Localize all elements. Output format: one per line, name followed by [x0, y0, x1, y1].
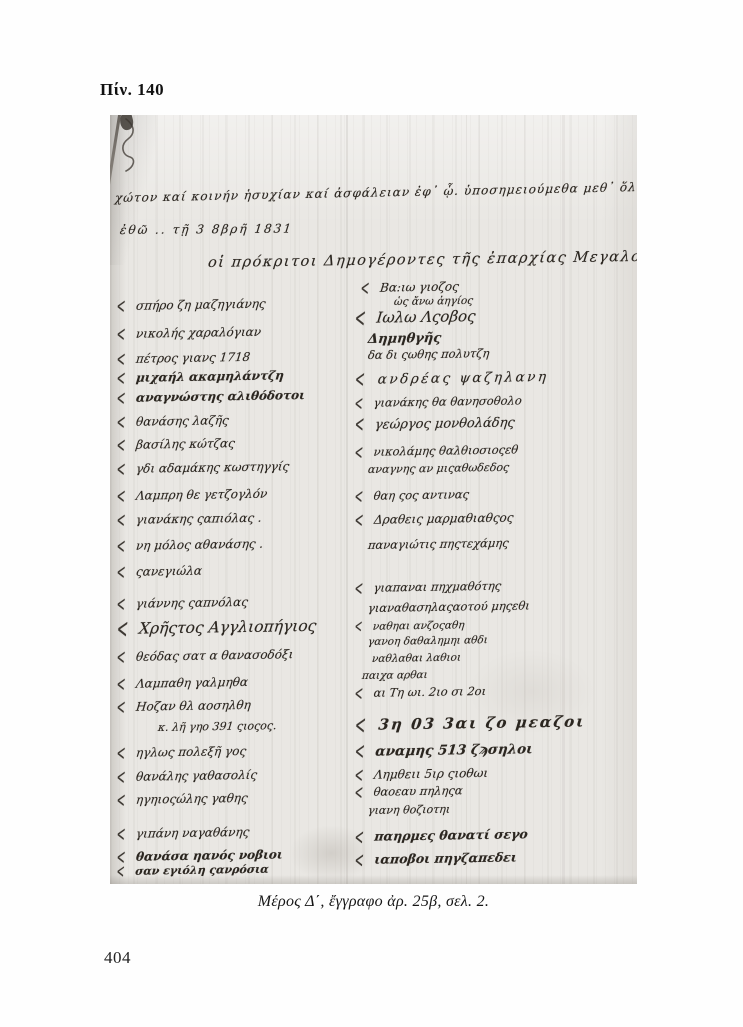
signature-line-text: γιανάκης ςαπιόλας .: [135, 511, 262, 527]
manuscript-photo: χώτον καί κοινήν ἡσυχίαν καί ἀσφάλειαν ἐ…: [110, 115, 637, 884]
check-mark-icon: <: [115, 672, 126, 697]
signature-line: δα δι ςωθης πολυτζη: [367, 346, 490, 362]
signature-line: <Λαμπαθη γαλμηθα: [115, 675, 249, 691]
signature-line-text: θανάλης γαθασολίς: [135, 768, 258, 784]
signature-line: <Λαμπρη θε γετζογλόν: [115, 487, 268, 503]
header-line-text: οἱ πρόκριτοι Δημογέροντες τῆς ἐπαρχίας Μ…: [207, 248, 637, 271]
signature-line: <θανάλης γαθασολίς: [115, 768, 258, 784]
signature-line-text: βασίλης κώτζας: [135, 436, 235, 452]
signature-line: <παηρμες θανατί σεγο: [353, 826, 528, 844]
signature-line-text: γιπάνη ναγαθάνης: [135, 825, 250, 841]
signature-line-text: θανάσης λαζῆς: [135, 413, 229, 428]
signature-line: ὡς ἄνω ἀηγίος: [393, 295, 473, 308]
signature-line: <σαν εγιόλη ςανρόσια: [115, 863, 269, 878]
check-mark-icon: <: [115, 457, 126, 482]
signature-line-text: ὡς ἄνω ἀηγίος: [393, 295, 473, 308]
signature-line: <Ιωλω Λςοβος: [353, 307, 477, 327]
signature-line: <γιπάνη ναγαθάνης: [115, 825, 250, 841]
check-mark-icon: <: [115, 508, 126, 533]
signature-line: <νικολάμης θαλθιοσιοςεθ: [353, 442, 519, 459]
signature-line: <θαη ςος αντινας: [353, 487, 470, 503]
signature-line-text: Λαμπρη θε γετζογλόν: [135, 487, 268, 503]
signature-line-text: ναθλαθαι λαθιοι: [371, 652, 461, 665]
book-page: Πίν. 140 χώτον καί κοινήν ἡσυχίαν καί ἀσ…: [0, 0, 743, 1027]
signature-line: ναθλαθαι λαθιοι: [371, 652, 461, 665]
signature-line-text: θανάσα ηανός νοβιοι: [135, 847, 283, 863]
signature-line: <3η 03 3αι ζο μεαζοι: [353, 712, 587, 734]
caption: Μέρος Δ΄, ἔγγραφο ἀρ. 25β, σελ. 2.: [110, 893, 637, 911]
signature-line: <ηγηιοςώλης γαθης: [115, 791, 248, 807]
signature-line-text: Βα:ιω γιοζος: [379, 279, 459, 294]
signature-line: <νη μόλος αθανάσης .: [115, 537, 264, 553]
check-mark-icon: <: [115, 386, 126, 411]
signature-line: <βασίλης κώτζας: [115, 436, 235, 452]
signature-line: <θαοεαυ πηληςα: [353, 783, 463, 799]
signature-line-text: γιανη θοζιοτηι: [367, 803, 451, 817]
signature-line-text: ηγλως πολεξῆ γος: [135, 744, 247, 760]
check-mark-icon: <: [115, 560, 126, 585]
signature-line-text: ναθηαι ανζοςαθη: [372, 619, 465, 632]
signature-line: <σπήρο ζη μαζηγιάνης: [115, 297, 266, 313]
signature-line: παιχα αρθαι: [361, 669, 428, 682]
pen-flourish-icon: [112, 117, 146, 173]
signature-line: <Δραθεις μαρμαθιαθςος: [353, 510, 514, 527]
signature-line-text: κ. λῆ γηο 391 ςιοςος.: [157, 719, 277, 734]
check-mark-icon: <: [359, 276, 370, 301]
signature-line: <ναθηαι ανζοςαθη: [353, 619, 465, 633]
check-mark-icon: <: [115, 410, 126, 435]
signature-line-text: Χρῆςτος Αγγλιοπήγιος: [138, 617, 317, 638]
signature-line: <γεώργος μονθολάδης: [353, 415, 515, 433]
signature-line-text: μιχαήλ ακαμηλάντζη: [135, 368, 284, 384]
check-mark-icon: <: [115, 322, 126, 347]
signature-line: <ηγλως πολεξῆ γος: [115, 744, 247, 760]
signature-line-text: αι Τη ωι. 2ιο σι 2οι: [373, 684, 487, 700]
check-mark-icon: <: [115, 294, 126, 319]
signature-line-text: γιάννης ςαπνόλας: [135, 595, 248, 611]
signature-line-text: γεώργος μονθολάδης: [374, 415, 515, 432]
signature-line: <Βα:ιω γιοζος: [359, 279, 459, 295]
date-line: ἐθῶ .. τῇ 3 8βρῆ 1831: [119, 221, 294, 237]
check-mark-icon: <: [353, 412, 365, 438]
signature-line: <θανάσα ηανός νοβιοι: [115, 847, 283, 864]
signature-line: <αι Τη ωι. 2ιο σι 2οι: [353, 684, 487, 700]
check-mark-icon: <: [353, 302, 367, 334]
check-mark-icon: <: [354, 616, 364, 637]
signature-line: κ. λῆ γηο 391 ςιοςος.: [157, 719, 277, 734]
signature-line: <γιανάκης θα θανησοθολο: [353, 393, 522, 410]
check-mark-icon: <: [115, 695, 126, 720]
signature-line-text: θαη ςος αντινας: [373, 487, 470, 503]
signature-line: <ιαποβοι πηγζαπεδει: [353, 849, 518, 867]
signature-line: Δημηθγῆς: [367, 331, 442, 347]
signature-line-text: νικολάμης θαλθιοσιοςεθ: [373, 442, 519, 458]
signature-line: <πέτρος γιανς 1718: [115, 350, 251, 366]
signature-line-text: θαοεαυ πηληςα: [373, 783, 464, 798]
signature-line: <θανάσης λαζῆς: [115, 413, 229, 429]
signature-line: <γιάννης ςαπνόλας: [115, 595, 249, 611]
check-mark-icon: <: [115, 613, 129, 645]
signature-line-text: γιαπαναι πηχμαθότης: [373, 579, 502, 595]
signature-line: <Ηοζαν θλ αοσηλθη: [115, 698, 251, 714]
check-mark-icon: <: [115, 765, 126, 790]
signature-line-text: ανδρέας ψαζηλανη: [377, 369, 549, 388]
signature-line-text: αναγνώστης αλιθόδοτοι: [135, 388, 305, 405]
signature-line-text: Λαμπαθη γαλμηθα: [135, 675, 248, 691]
signature-line-text: πέτρος γιανς 1718: [135, 350, 251, 366]
check-mark-icon: <: [353, 440, 364, 465]
signature-line: <ςανεγιώλα: [115, 564, 202, 579]
signature-line-text: ςανεγιώλα: [135, 564, 202, 579]
signature-line: <Χρῆςτος Αγγλιοπήγιος: [115, 617, 317, 638]
signature-line-text: ιαποβοι πηγζαπεδει: [374, 849, 518, 866]
signature-line: <αναγνώστης αλιθόδοτοι: [115, 388, 306, 405]
check-mark-icon: <: [115, 433, 126, 458]
signature-line-text: Λημθειι 5ιρ ςιοθωι: [373, 766, 489, 782]
signature-line-text: αναμης 513 ζϡσηλοι: [374, 741, 533, 760]
check-mark-icon: <: [353, 846, 365, 872]
signature-line: <μιχαήλ ακαμηλάντζη: [115, 368, 284, 385]
check-mark-icon: <: [353, 484, 364, 509]
plate-label: Πίν. 140: [100, 80, 164, 100]
signature-line-text: νη μόλος αθανάσης .: [135, 537, 264, 553]
signature-line-text: σπήρο ζη μαζηγιάνης: [135, 297, 266, 313]
signature-line: γιανη θοζιοτηι: [367, 803, 451, 817]
check-mark-icon: <: [115, 788, 126, 813]
paper-crease: [562, 115, 565, 884]
date-line-text: ἐθῶ .. τῇ 3 8βρῆ 1831: [119, 221, 294, 237]
check-mark-icon: <: [115, 741, 126, 766]
signature-line-text: δα δι ςωθης πολυτζη: [367, 346, 490, 362]
check-mark-icon: <: [353, 508, 364, 533]
signature-line-text: Ηοζαν θλ αοσηλθη: [135, 698, 251, 714]
header-line: χώτον καί κοινήν ἡσυχίαν καί ἀσφάλειαν ἐ…: [114, 179, 637, 205]
signature-line: <Λημθειι 5ιρ ςιοθωι: [353, 766, 489, 782]
check-mark-icon: <: [115, 534, 126, 559]
check-mark-icon: <: [115, 822, 126, 847]
check-mark-icon: <: [353, 780, 364, 805]
check-mark-icon: <: [353, 576, 364, 601]
signature-line-text: Δραθεις μαρμαθιαθςος: [373, 510, 514, 526]
check-mark-icon: <: [353, 681, 364, 706]
signature-line-text: γιαναθασηλαςαοτού μηςεθι: [367, 598, 530, 615]
signature-line-text: αναγνης αν μιςαθωδεδος: [367, 461, 510, 476]
signature-line-text: ηγηιοςώλης γαθης: [135, 791, 248, 807]
signature-line: <ανδρέας ψαζηλανη: [353, 369, 549, 388]
signature-line-text: γανοη δαθαλημηι αθδι: [367, 634, 488, 648]
signature-line-text: Ιωλω Λςοβος: [376, 307, 477, 327]
signature-line-text: θεόδας σατ α θανασοδόξι: [135, 647, 294, 663]
signature-line: <θεόδας σατ α θανασοδόξι: [115, 647, 294, 664]
check-mark-icon: <: [115, 484, 126, 509]
signature-line: αναγνης αν μιςαθωδεδος: [367, 461, 510, 476]
paper-crease: [346, 115, 348, 884]
signature-line: <αναμης 513 ζϡσηλοι: [353, 741, 533, 760]
signature-line: <γιαπαναι πηχμαθότης: [353, 579, 502, 595]
signature-line: <γδι αδαμάκης κωστηγγίς: [115, 459, 290, 476]
check-mark-icon: <: [115, 645, 126, 670]
signature-line: γιαναθασηλαςαοτού μηςεθι: [367, 598, 530, 615]
signature-line-text: παναγιώτις πηςτεχάμης: [367, 536, 509, 552]
check-mark-icon: <: [115, 860, 125, 883]
signature-line-text: Δημηθγῆς: [367, 331, 442, 347]
header-line-text: χώτον καί κοινήν ἡσυχίαν καί ἀσφάλειαν ἐ…: [114, 179, 637, 205]
signature-line-text: παηρμες θανατί σεγο: [374, 826, 529, 843]
signature-line-text: γδι αδαμάκης κωστηγγίς: [135, 459, 290, 475]
header-line: οἱ πρόκριτοι Δημογέροντες τῆς ἐπαρχίας Μ…: [207, 248, 637, 271]
page-number: 404: [104, 948, 131, 968]
signature-line-text: νικολής χαραλόγιαν: [135, 325, 262, 341]
check-mark-icon: <: [353, 709, 369, 741]
signature-line: παναγιώτις πηςτεχάμης: [367, 536, 509, 552]
signature-line-text: παιχα αρθαι: [361, 669, 428, 682]
signature-line-text: σαν εγιόλη ςανρόσια: [135, 863, 270, 878]
signature-line: γανοη δαθαλημηι αθδι: [367, 634, 488, 648]
signature-line: <γιανάκης ςαπιόλας .: [115, 511, 262, 527]
signature-line-text: 3η 03 3αι ζο μεαζοι: [378, 712, 587, 733]
signature-line: <νικολής χαραλόγιαν: [115, 325, 262, 341]
signature-line-text: γιανάκης θα θανησοθολο: [373, 393, 523, 409]
